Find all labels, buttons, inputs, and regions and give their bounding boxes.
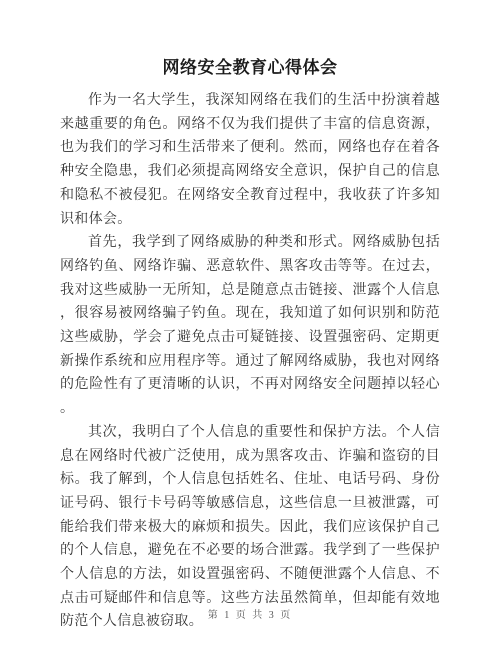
page-number-label: 第 1 页 共 3 页 [208, 610, 293, 621]
paragraph-personal-info: 其次，我明白了个人信息的重要性和保护方法。个人信息在网络时代被广泛使用，成为黑客… [60, 421, 440, 634]
page-footer: 第 1 页 共 3 页 [0, 606, 500, 621]
paragraph-intro: 作为一名大学生，我深知网络在我们的生活中扮演着越来越重要的角色。网络不仅为我们提… [60, 89, 440, 231]
document-title: 网络安全教育心得体会 [60, 58, 440, 78]
document-page: 网络安全教育心得体会 作为一名大学生，我深知网络在我们的生活中扮演着越来越重要的… [0, 0, 500, 647]
paragraph-network-threats: 首先，我学到了网络威胁的种类和形式。网络威胁包括网络钓鱼、网络诈骗、恶意软件、黑… [60, 231, 440, 421]
document-body: 作为一名大学生，我深知网络在我们的生活中扮演着越来越重要的角色。网络不仅为我们提… [60, 89, 440, 634]
